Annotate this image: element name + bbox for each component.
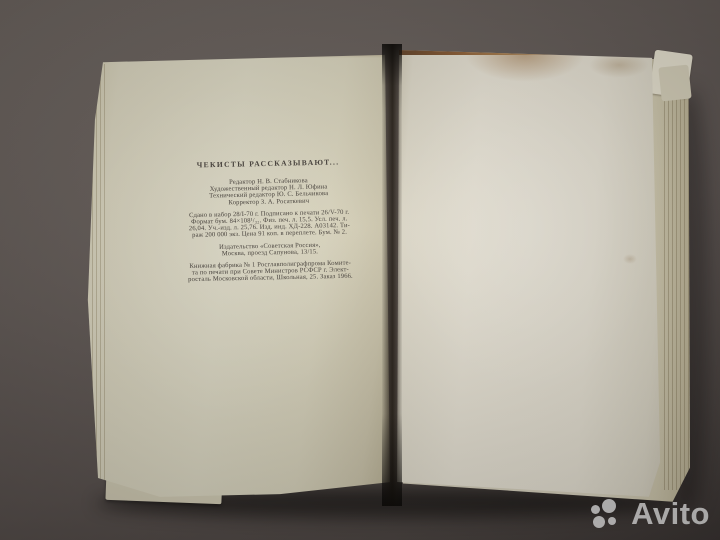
avito-watermark-text: Avito bbox=[631, 496, 710, 532]
book-spine-gutter bbox=[382, 44, 402, 506]
colophon-text-block: ЧЕКИСТЫ РАССКАЗЫВАЮТ... Редактор Н. В. С… bbox=[156, 158, 383, 290]
left-page: ЧЕКИСТЫ РАССКАЗЫВАЮТ... Редактор Н. В. С… bbox=[86, 48, 394, 506]
publisher-block: Издательство «Советская Россия», Москва,… bbox=[158, 241, 383, 259]
photo-background: ЧЕКИСТЫ РАССКАЗЫВАЮТ... Редактор Н. В. С… bbox=[0, 0, 720, 540]
right-page bbox=[393, 44, 665, 506]
editors-block: Редактор Н. В. Стабникова Художественный… bbox=[156, 176, 381, 208]
stain-blotch bbox=[465, 48, 585, 82]
imprint-block: Сдано в набор 28/I-70 г. Подписано к печ… bbox=[157, 208, 382, 240]
avito-logo-icon bbox=[591, 499, 624, 530]
avito-watermark: Avito bbox=[591, 496, 710, 532]
creased-corner bbox=[658, 65, 691, 102]
stain-blotch bbox=[589, 52, 649, 78]
left-page-top-edge bbox=[98, 53, 388, 58]
book-title: ЧЕКИСТЫ РАССКАЗЫВАЮТ... bbox=[156, 158, 381, 171]
right-fore-edge-sheets bbox=[664, 66, 690, 490]
printer-block: Книжная фабрика № 1 Росглавполиграфпрома… bbox=[158, 259, 383, 284]
left-fore-edge-sheets bbox=[92, 64, 108, 484]
stain-speck bbox=[623, 254, 637, 264]
